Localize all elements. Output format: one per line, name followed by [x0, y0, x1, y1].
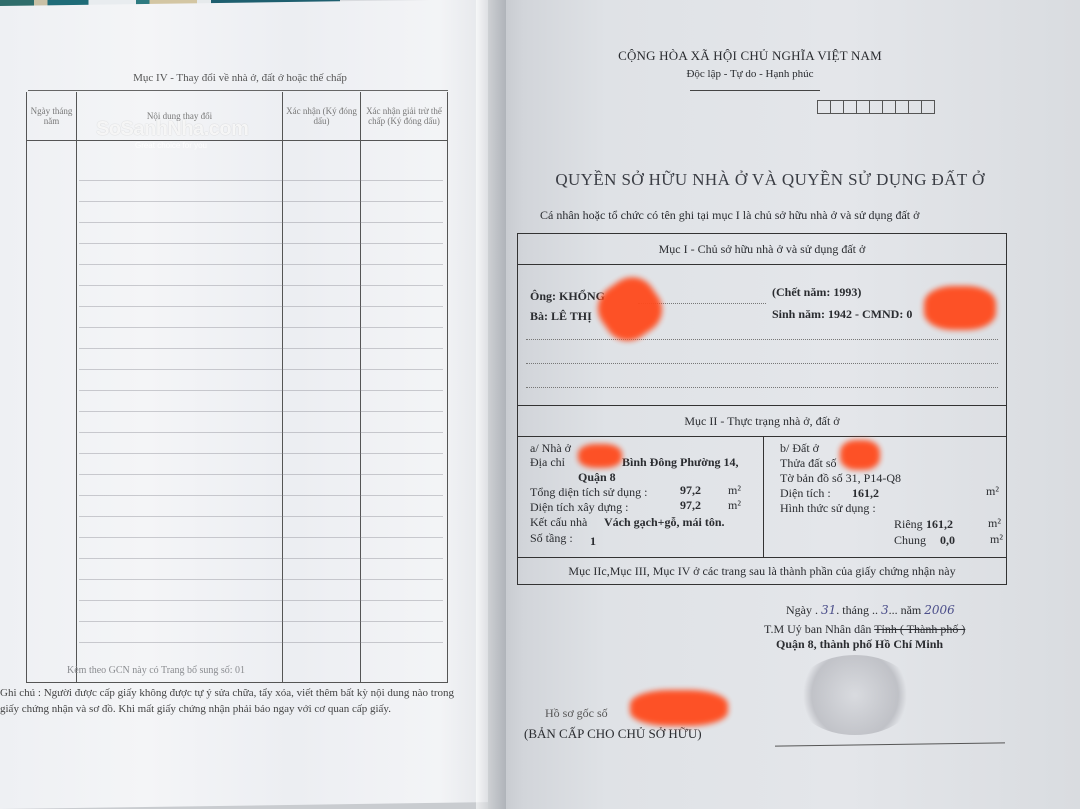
unit: m²: [728, 498, 741, 513]
month-label: tháng: [842, 603, 869, 617]
redaction-mark: [578, 444, 622, 468]
address-value: Bình Đông Phường 14,: [622, 455, 739, 470]
col-mortgage-release: Xác nhận giải trừ thế chấp (Ký đóng dấu): [361, 92, 447, 140]
redaction-mark: [840, 440, 880, 470]
copy-label: (BẢN CẤP CHO CHỦ SỞ HỮU): [524, 726, 702, 742]
section-ii-heading: Mục II - Thực trạng nhà ở, đất ở: [518, 406, 1006, 437]
plot-label: Thửa đất số: [780, 456, 837, 471]
issue-date: Ngày . 31. tháng .. 3... năm 2006: [786, 603, 955, 618]
serial-number-boxes: [817, 100, 934, 114]
serial-box: [830, 100, 844, 114]
serial-box: [895, 100, 909, 114]
certificate-table: Mục I - Chủ sở hữu nhà ở và sử dụng đất …: [517, 233, 1007, 585]
document-subtitle: Cá nhân hoặc tổ chức có tên ghi tại mục …: [540, 208, 919, 223]
section-iv-title: Mục IV - Thay đổi về nhà ở, đất ở hoặc t…: [30, 72, 450, 84]
address-label: Địa chỉ: [530, 455, 565, 470]
watermark: SoSanhNha.com Great choice for you: [96, 84, 246, 164]
land-label: b/ Đất ở: [780, 441, 819, 456]
unit: m²: [728, 483, 741, 498]
record-number-label: Hồ sơ gốc số: [545, 706, 608, 721]
build-area-label: Diện tích xây dựng :: [530, 500, 628, 515]
month-value: 3: [881, 603, 889, 617]
unit: m²: [986, 484, 999, 499]
authority-struck: Tỉnh ( Thành phố ): [874, 622, 965, 636]
nation-header: CỘNG HÒA XÃ HỘI CHỦ NGHĨA VIỆT NAM: [600, 48, 900, 64]
serial-box: [843, 100, 857, 114]
floors-value: 1: [590, 534, 596, 549]
day-label: Ngày: [786, 603, 812, 617]
total-area-value: 97,2: [680, 483, 701, 498]
serial-box: [908, 100, 922, 114]
authority: T.M Uỷ ban Nhân dân Tỉnh ( Thành phố ): [764, 622, 965, 637]
authority-label: T.M Uỷ ban Nhân dân: [764, 622, 871, 636]
owner-2-note: Sinh năm: 1942 - CMND: 0: [772, 307, 912, 322]
spine: [476, 0, 506, 809]
stamp-signature: [795, 655, 915, 735]
district-value: Quận 8: [578, 470, 616, 485]
day-value: 31: [821, 603, 836, 617]
private-value: 161,2: [926, 517, 953, 532]
document-title: QUYỀN SỞ HỮU NHÀ Ở VÀ QUYỀN SỬ DỤNG ĐẤT …: [520, 170, 1020, 190]
shared-value: 0,0: [940, 533, 955, 548]
land-area-label: Diện tích :: [780, 486, 831, 501]
motto: Độc lập - Tự do - Hạnh phúc: [600, 68, 900, 80]
authority-place: Quận 8, thành phố Hồ Chí Minh: [776, 637, 943, 652]
year-value: 2006: [924, 603, 955, 617]
section-i-owners: Ông: KHỔNG Bà: LÊ THỊ (Chết năm: 1993) S…: [518, 265, 1006, 406]
shared-label: Chung: [894, 533, 926, 548]
serial-box: [817, 100, 831, 114]
land-info: b/ Đất ở Thửa đất số Tờ bản đồ số 31, P1…: [764, 437, 1006, 557]
table-footer: Kèm theo GCN này có Trang bổ sung số: 01: [67, 665, 245, 676]
serial-box: [882, 100, 896, 114]
private-label: Riêng: [894, 517, 923, 532]
redaction-mark: [924, 286, 996, 330]
unit: m²: [990, 532, 1003, 547]
watermark-logo: SoSanhNha.com: [96, 118, 246, 141]
changes-table: Ngày tháng năm Nội dung thay đổi Xác nhậ…: [26, 92, 448, 683]
unit: m²: [988, 516, 1001, 531]
structure-value: Vách gạch+gỗ, mái tôn.: [604, 515, 725, 530]
usage-label: Hình thức sử dụng :: [780, 501, 876, 516]
divider: [690, 90, 820, 91]
house-info: a/ Nhà ở Địa chỉ Bình Đông Phường 14, Qu…: [518, 437, 764, 557]
owner-1: Ông: KHỔNG: [530, 289, 605, 304]
col-date: Ngày tháng năm: [27, 92, 77, 140]
year-label: năm: [901, 603, 922, 617]
serial-box: [869, 100, 883, 114]
dotted-lines: [79, 160, 443, 652]
structure-label: Kết cấu nhà: [530, 515, 587, 530]
serial-box: [921, 100, 935, 114]
total-area-label: Tổng diện tích sử dụng :: [530, 485, 648, 500]
map-sheet: Tờ bản đồ số 31, P14-Q8: [780, 471, 901, 486]
build-area-value: 97,2: [680, 498, 701, 513]
watermark-tagline: Great choice for you: [96, 141, 246, 150]
section-footer-note: Mục IIc,Mục III, Mục IV ở các trang sau …: [518, 558, 1006, 584]
owner-1-note: (Chết năm: 1993): [772, 285, 861, 300]
floors-label: Số tầng :: [530, 531, 573, 546]
col-confirm: Xác nhận (Ký đóng dấu): [283, 92, 361, 140]
note-text: Ghi chú : Người được cấp giấy không được…: [0, 686, 455, 718]
house-label: a/ Nhà ở: [530, 441, 571, 456]
owner-2: Bà: LÊ THỊ: [530, 309, 592, 324]
redaction-mark: [630, 690, 728, 726]
section-i-heading: Mục I - Chủ sở hữu nhà ở và sử dụng đất …: [518, 234, 1006, 265]
serial-box: [856, 100, 870, 114]
land-area-value: 161,2: [852, 486, 879, 501]
